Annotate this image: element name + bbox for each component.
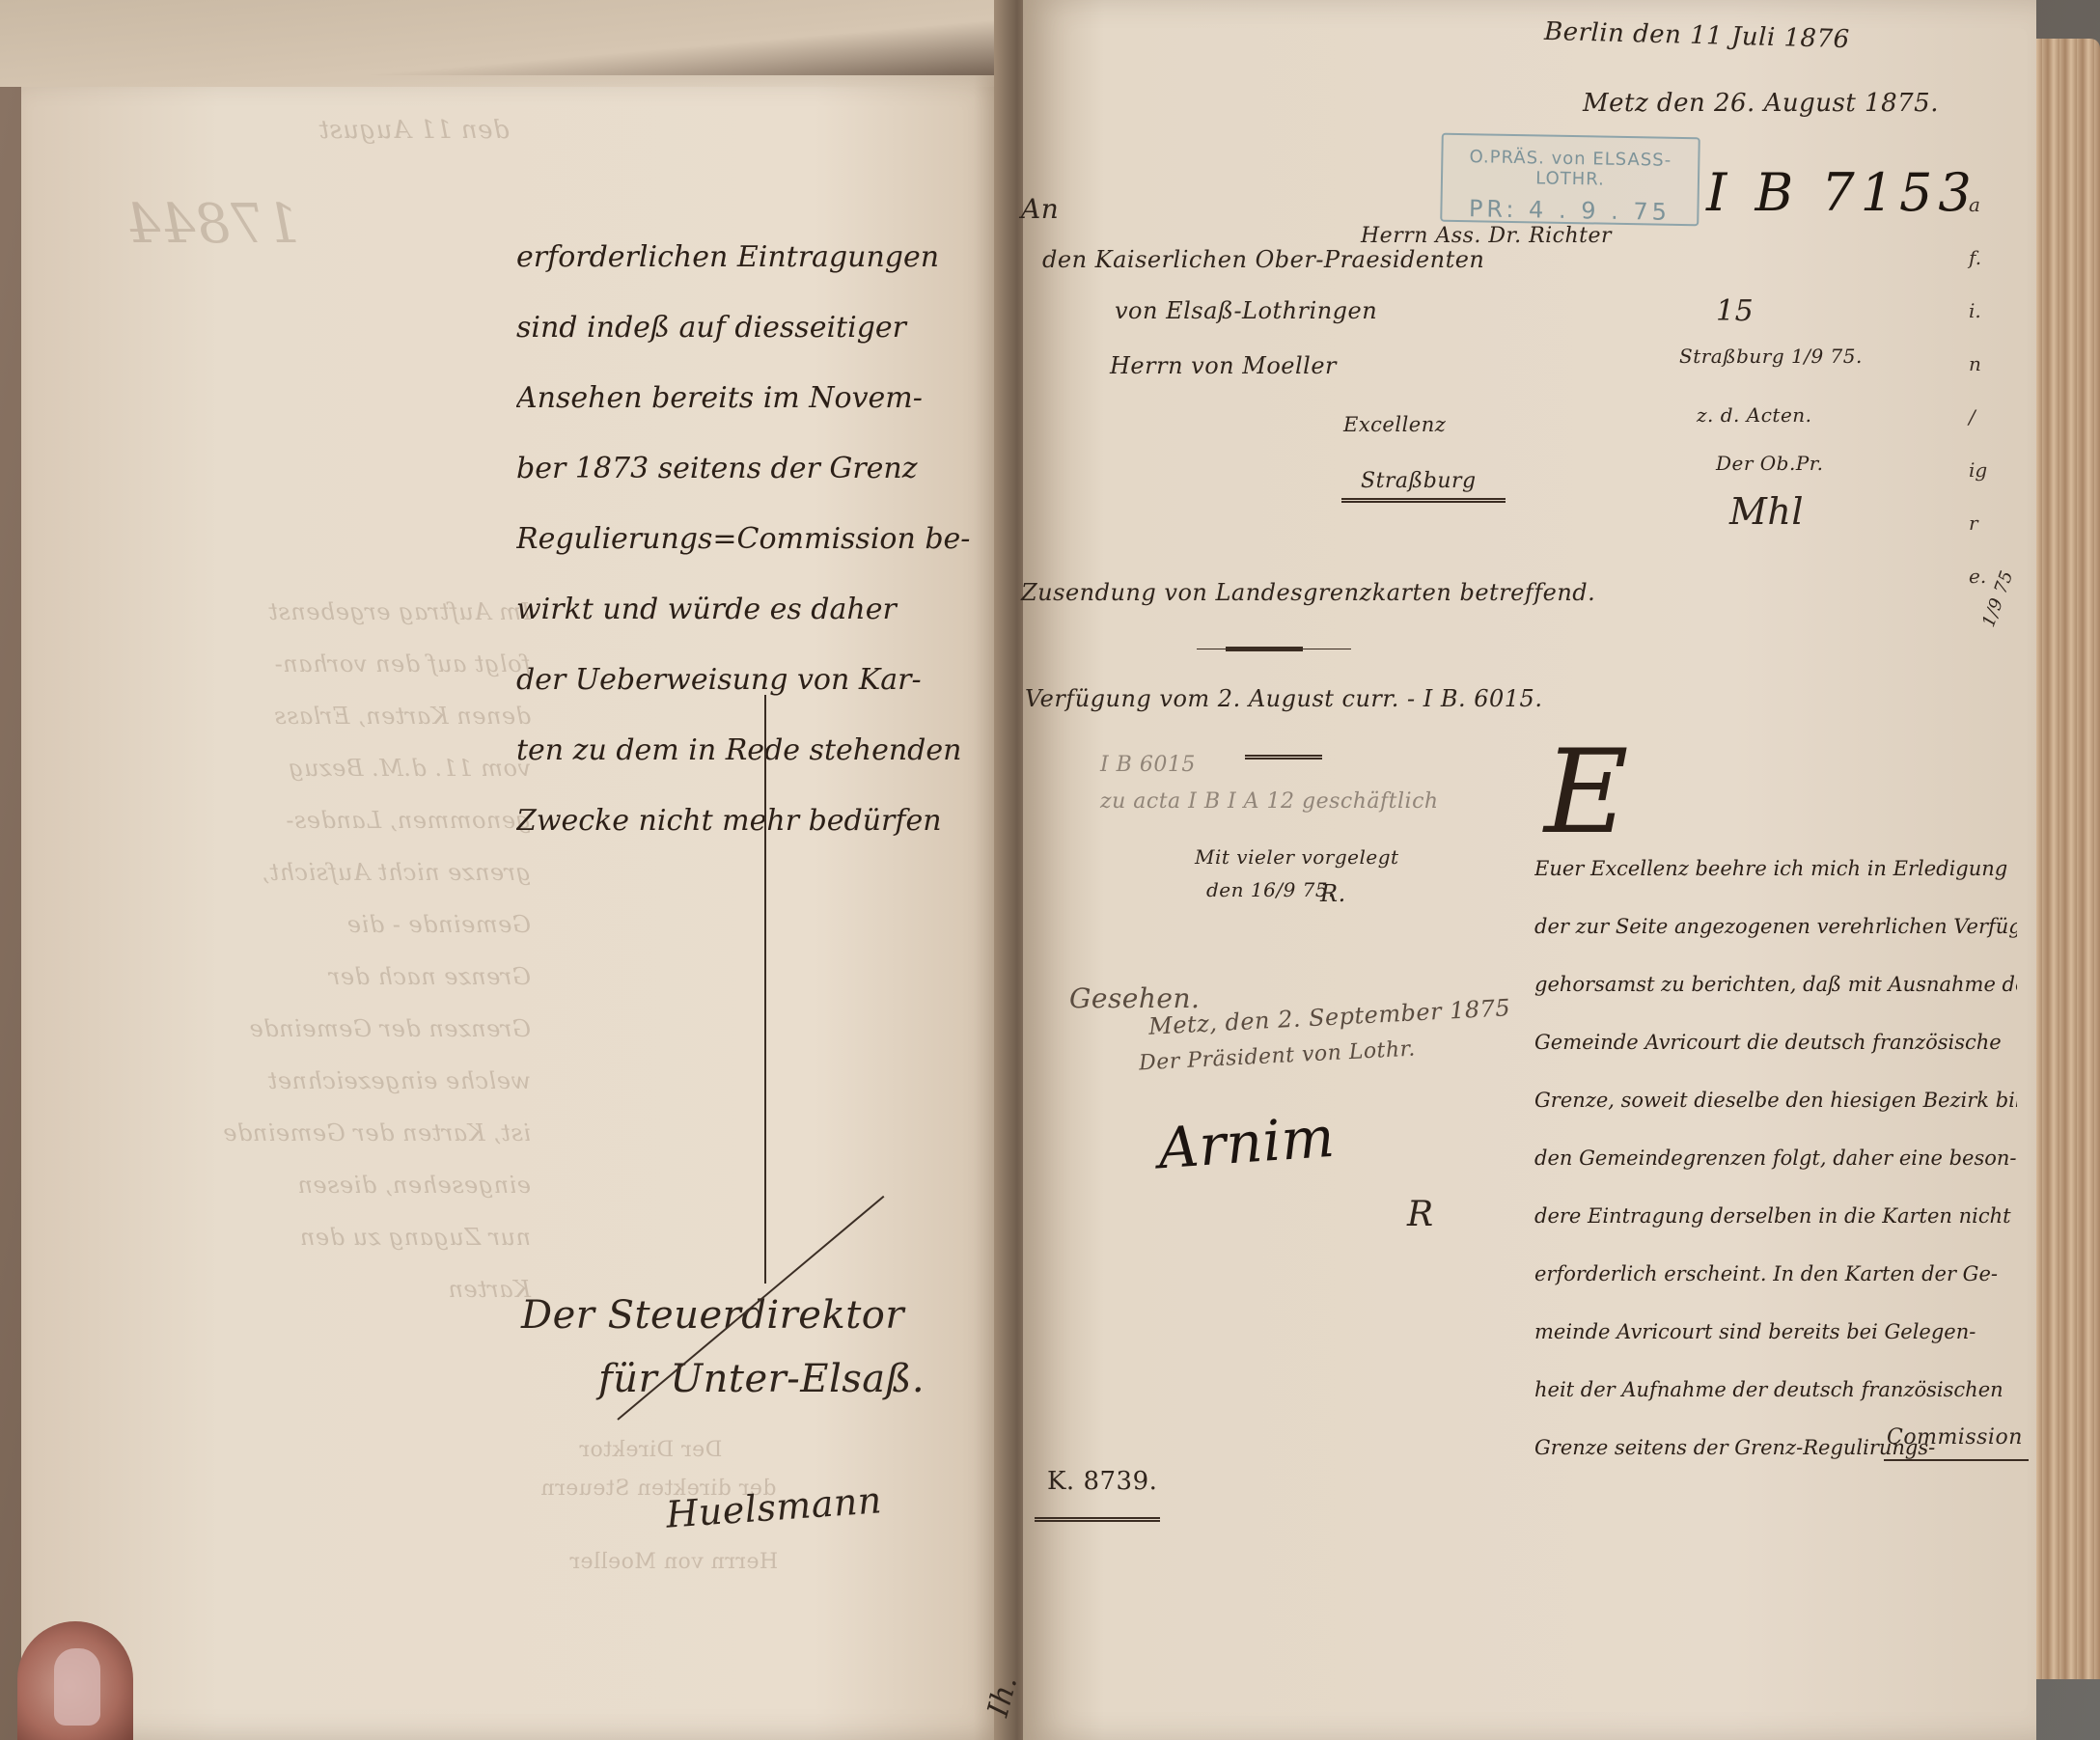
text-line: meinde Avricourt sind bereits bei Gelege… xyxy=(1534,1303,2017,1361)
bleed-printed-1: Der Direktor xyxy=(579,1438,722,1462)
page-edge-letters: a f. i. n / ig r e. xyxy=(1969,193,1998,618)
countersign-label: Gesehen. xyxy=(1069,982,1200,1014)
left-page-closing: Der Steuerdirektor für Unter-Elsaß. xyxy=(521,1293,925,1401)
receipt-stamp: O.PRÄS. von ELSASS-LOTHR. PR: 4 . 9 . 75 xyxy=(1440,133,1700,227)
reference-line: Verfügung vom 2. August curr. - I B. 601… xyxy=(1025,685,1542,712)
side-initial: R xyxy=(1407,1195,1434,1234)
pencil-note-2: zu acta I B I A 12 geschäftlich xyxy=(1100,789,1439,814)
journal-number: I B 7153 xyxy=(1706,162,1977,223)
address-name: Herrn von Moeller xyxy=(1110,352,1337,379)
archive-number-underline xyxy=(1035,1517,1160,1522)
bleed-header-date: den 11 August xyxy=(318,116,510,145)
thumbnail xyxy=(54,1648,100,1726)
pencil-note-1: I B 6015 xyxy=(1100,753,1196,777)
text-line: ten zu dem in Rede stehenden xyxy=(516,715,1009,786)
text-line: den Gemeindegrenzen folgt, daher eine be… xyxy=(1534,1129,2017,1187)
open-archival-volume: den 11 August 17844 Im Auftrag ergebenst… xyxy=(0,0,2100,1740)
right-page-body-text: Euer Excellenz beehre ich mich in Erledi… xyxy=(1534,840,2017,1477)
stamp-office: O.PRÄS. von ELSASS-LOTHR. xyxy=(1443,147,1699,192)
text-line: Ansehen bereits im Novem- xyxy=(516,363,1009,433)
city-underline xyxy=(1341,498,1506,503)
body-drop-cap: E xyxy=(1544,735,1629,851)
text-line: erforderlich erscheint. In den Karten de… xyxy=(1534,1245,2017,1303)
archive-number: K. 8739. xyxy=(1047,1467,1157,1496)
registry-note-line-1: Mit vieler vorgelegt xyxy=(1195,845,1399,869)
separator-rule-thin xyxy=(1197,649,1351,649)
margin-number: 15 xyxy=(1716,294,1754,328)
address-annotation: Herrn Ass. Dr. Richter xyxy=(1361,224,1612,248)
text-line: wirkt und würde es daher xyxy=(516,574,1009,645)
place-and-date: Metz den 26. August 1875. xyxy=(1583,89,1939,118)
text-line: Regulierungs=Commission be- xyxy=(516,504,1009,574)
text-line: Zwecke nicht mehr bedürfen xyxy=(516,786,1009,856)
registry-note-initial: R. xyxy=(1320,880,1346,907)
margin-note-line-3: Der Ob.Pr. xyxy=(1716,452,1824,475)
text-line: heit der Aufnahme der deutsch französisc… xyxy=(1534,1361,2017,1419)
subject-line: Zusendung von Landesgrenzkarten betreffe… xyxy=(1021,579,1595,606)
address-title: Excellenz xyxy=(1343,413,1446,436)
left-page-body-text: erforderlichen Eintragungen sind indeß a… xyxy=(516,222,1009,856)
text-line: dere Eintragung derselben in die Karten … xyxy=(1534,1187,2017,1245)
vertical-rule xyxy=(764,695,766,1284)
text-line: gehorsamst zu berichten, daß mit Ausnahm… xyxy=(1534,955,2017,1013)
countersign-signature: Arnim xyxy=(1156,1104,1337,1182)
holding-thumb xyxy=(17,1621,133,1740)
closing-underline xyxy=(1884,1459,2029,1461)
margin-note-line-2: z. d. Acten. xyxy=(1697,403,1812,427)
bleed-printed-3: Herrn von Moeller xyxy=(569,1550,778,1574)
address-recipient: den Kaiserlichen Ober-Praesidenten xyxy=(1042,246,1484,273)
text-line: Gemeinde Avricourt die deutsch französis… xyxy=(1534,1013,2017,1071)
margin-note-line-1: Straßburg 1/9 75. xyxy=(1679,345,1863,368)
address-region: von Elsaß-Lothringen xyxy=(1115,297,1377,324)
text-line: erforderlichen Eintragungen xyxy=(516,222,1009,292)
body-closing-word: Commission xyxy=(1887,1425,2023,1450)
separator-rule-2 xyxy=(1245,755,1322,760)
left-page-folded-corner xyxy=(0,0,1042,87)
text-line: sind indeß auf diesseitiger xyxy=(516,292,1009,363)
text-line: Euer Excellenz beehre ich mich in Erledi… xyxy=(1534,840,2017,898)
stamp-date: PR: 4 . 9 . 75 xyxy=(1442,195,1697,227)
text-line: der zur Seite angezogenen verehrlichen V… xyxy=(1534,898,2017,955)
bleed-through-text: Im Auftrag ergebenst folgt auf den vorha… xyxy=(68,598,531,1328)
bleed-header-number: 17844 xyxy=(125,193,300,256)
address-city: Straßburg xyxy=(1361,469,1477,493)
address-prefix: An xyxy=(1021,193,1059,225)
margin-signature: Mhl xyxy=(1729,490,1804,533)
text-line: ber 1873 seitens der Grenz xyxy=(516,433,1009,504)
text-line: der Ueberweisung von Kar- xyxy=(516,645,1009,715)
text-line: Grenze, soweit dieselbe den hiesigen Bez… xyxy=(1534,1071,2017,1129)
registry-note-line-2: den 16/9 75. xyxy=(1206,878,1335,901)
